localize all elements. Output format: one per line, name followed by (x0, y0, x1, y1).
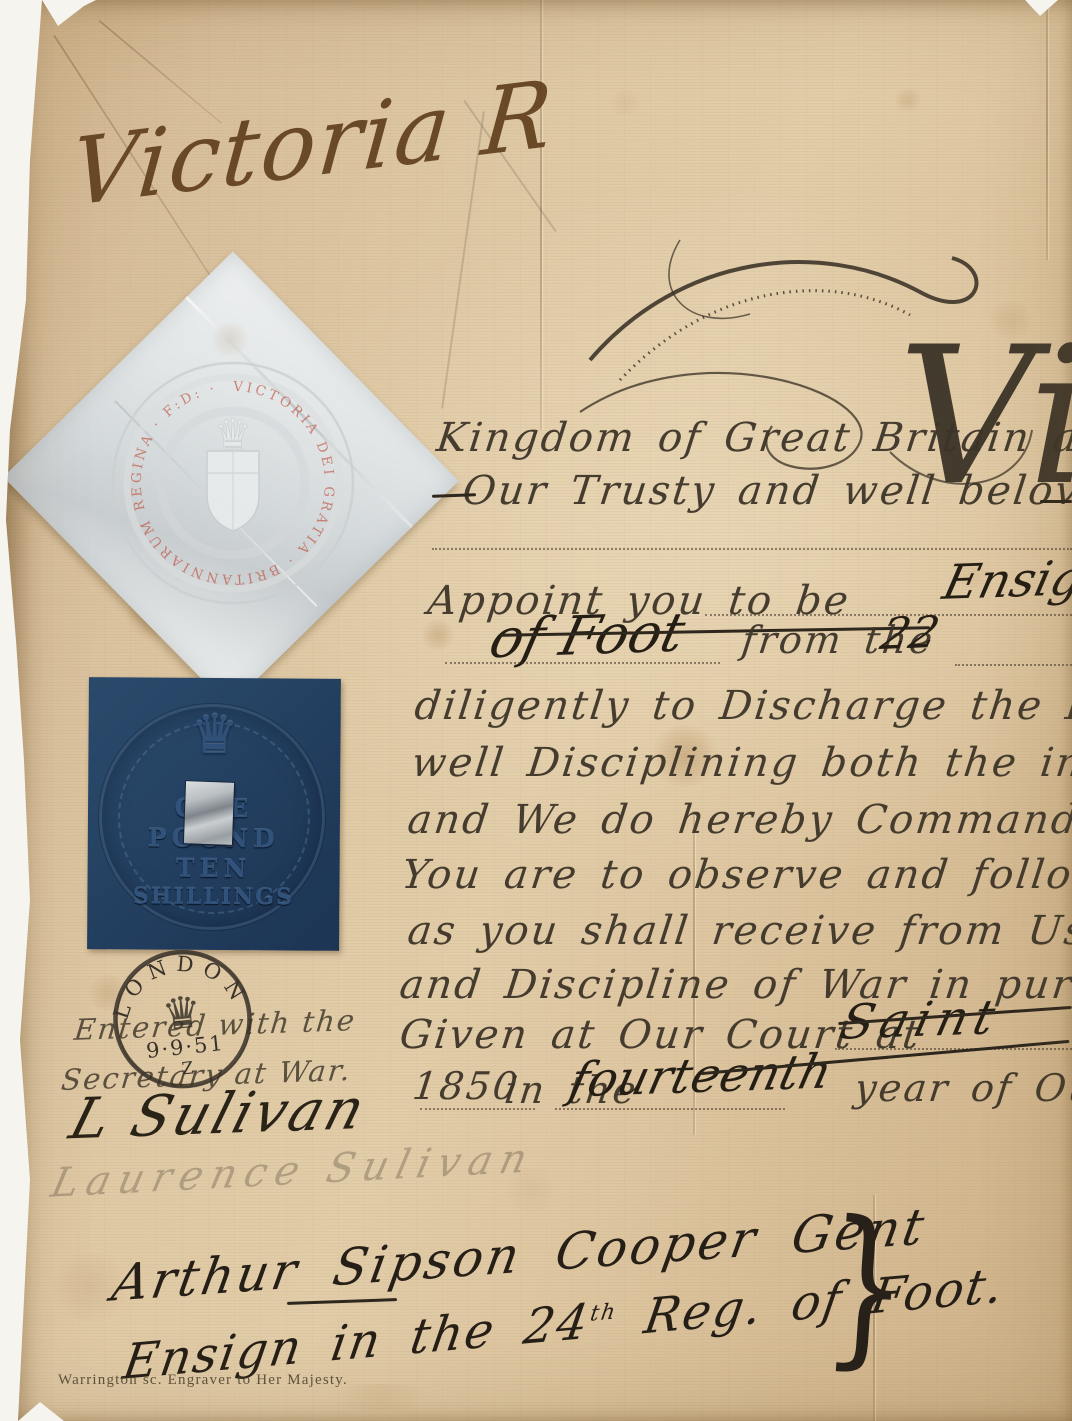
form-dotted-line (835, 1048, 1072, 1050)
form-dotted-line (420, 1108, 535, 1110)
engraver-credit: Warrington sc. Engraver to Her Majesty. (58, 1372, 348, 1389)
secretary-signature: L Sulivan (63, 1077, 375, 1153)
stamp-value-line: SHILLINGS (87, 883, 339, 911)
body-line: well Disciplining both the inferior (409, 740, 1072, 786)
royal-signature: Victoria R (67, 55, 593, 227)
form-dotted-line (445, 662, 720, 664)
form-dotted-line (955, 664, 1072, 666)
stamp-crown-icon: ♛ (88, 707, 340, 763)
stain (420, 620, 456, 650)
stamp-value-line: TEN (88, 853, 340, 885)
form-dotted-line (432, 548, 1072, 550)
body-line: Kingdom of Great Britain and (434, 415, 1072, 461)
endorsement-brace: } (820, 1197, 914, 1374)
stain (608, 90, 642, 116)
stain (893, 88, 923, 112)
document-page: ♛ VICTORIA DEI GRATIA · BRITANNIARUM REG… (0, 0, 1072, 1421)
handwritten-rank: Ensign (938, 549, 1072, 611)
embossed-royal-seal: ♛ VICTORIA DEI GRATIA · BRITANNIARUM REG… (95, 345, 371, 621)
body-line: and We do hereby Command them (405, 797, 1072, 843)
handwritten-regnal-year: fourteenth (564, 1044, 837, 1109)
silver-security-foil (184, 781, 234, 845)
handwritten-day: 22 (876, 607, 944, 660)
handwritten-unit: of Foot (484, 601, 691, 671)
body-line: diligently to Discharge the Duty (412, 683, 1072, 729)
scanner-background: ♛ VICTORIA DEI GRATIA · BRITANNIARUM REG… (0, 0, 1072, 1421)
body-line: You are to observe and follow such (399, 852, 1072, 898)
form-dotted-line (555, 1108, 785, 1110)
seal-crown-icon: ♛ (214, 410, 252, 459)
body-line: Our Trusty and well beloved (460, 468, 1072, 514)
body-line: as you shall receive from Us or any (405, 908, 1072, 954)
body-line: year of Our (852, 1066, 1072, 1110)
handwritten-place: Saint (835, 989, 1006, 1050)
